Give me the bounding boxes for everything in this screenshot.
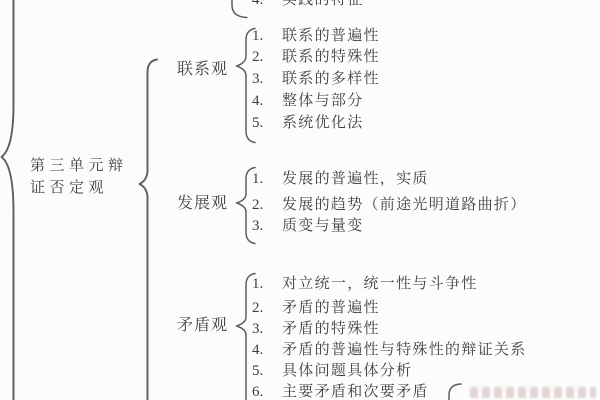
item-text: 发展的普遍性，实质 xyxy=(282,170,429,188)
outline-item: 1. 对立统一，统一性与斗争性 xyxy=(252,275,478,293)
item-text: 联系的普遍性 xyxy=(282,27,380,45)
watermark-illegible xyxy=(470,387,596,398)
outline-item: 5. 系统优化法 xyxy=(252,114,364,132)
item-text: 整体与部分 xyxy=(282,92,364,110)
item-number: 3. xyxy=(252,320,282,338)
item-number: 1. xyxy=(252,170,282,188)
outline-item: 3. 联系的多样性 xyxy=(252,70,380,88)
outline-item: 5. 具体问题具体分析 xyxy=(252,362,412,380)
item-text: 质变与量变 xyxy=(282,217,364,235)
outline-item: 1. 发展的普遍性，实质 xyxy=(252,170,429,188)
unit-title-line2: 证否定观 xyxy=(30,177,140,199)
item-text: 联系的多样性 xyxy=(282,70,380,88)
branch-label-fazhan: 发展观 xyxy=(177,195,237,212)
item-text: 对立统一，统一性与斗争性 xyxy=(282,275,478,293)
item-number: 1. xyxy=(252,27,282,45)
practice-brace-partial xyxy=(232,0,247,18)
item-text: 矛盾的普遍性 xyxy=(282,299,380,317)
outline-item: 3. 矛盾的特殊性 xyxy=(252,320,380,338)
item-text: 具体问题具体分析 xyxy=(282,362,412,380)
item-number: 2. xyxy=(252,196,282,214)
item-number: 1. xyxy=(252,275,282,293)
outline-item-clipped: 4. 实践的特征 xyxy=(252,0,364,9)
item-text: 实践的特征 xyxy=(282,0,364,9)
outline-item: 4. 整体与部分 xyxy=(252,92,364,110)
bracket-outline-diagram: 第三单元辩 证否定观 4. 实践的特征 联系观 1. 联系的普遍性 2. 联系的… xyxy=(0,0,600,400)
item-number: 3. xyxy=(252,217,282,235)
item-number: 4. xyxy=(252,341,282,359)
sub-brace-partial xyxy=(449,384,461,400)
outline-item: 6. 主要矛盾和次要矛盾 xyxy=(252,383,429,400)
outline-item: 2. 联系的特殊性 xyxy=(252,48,380,66)
unit-title-line1: 第三单元辩 xyxy=(30,155,140,177)
outline-item: 4. 矛盾的普遍性与特殊性的辩证关系 xyxy=(252,341,527,359)
branch-label-lianxi: 联系观 xyxy=(177,61,237,78)
item-number: 5. xyxy=(252,114,282,132)
item-number: 2. xyxy=(252,299,282,317)
item-text: 矛盾的特殊性 xyxy=(282,320,380,338)
item-text: 系统优化法 xyxy=(282,114,364,132)
item-number: 3. xyxy=(252,70,282,88)
outline-item: 1. 联系的普遍性 xyxy=(252,27,380,45)
item-number: 5. xyxy=(252,362,282,380)
item-text: 主要矛盾和次要矛盾 xyxy=(282,383,429,400)
outline-item: 3. 质变与量变 xyxy=(252,217,364,235)
item-text: 矛盾的普遍性与特殊性的辩证关系 xyxy=(282,341,527,359)
item-number: 6. xyxy=(252,383,282,400)
outer-brace xyxy=(2,0,14,400)
item-number: 4. xyxy=(252,0,282,9)
unit-title: 第三单元辩 证否定观 xyxy=(30,155,140,199)
branch-label-maodun: 矛盾观 xyxy=(177,317,237,334)
item-text: 联系的特殊性 xyxy=(282,48,380,66)
item-number: 4. xyxy=(252,92,282,110)
item-text: 发展的趋势（前途光明道路曲折） xyxy=(282,196,527,214)
unit-brace xyxy=(140,60,158,400)
item-number: 2. xyxy=(252,48,282,66)
outline-item: 2. 矛盾的普遍性 xyxy=(252,299,380,317)
outline-item: 2. 发展的趋势（前途光明道路曲折） xyxy=(252,196,527,214)
